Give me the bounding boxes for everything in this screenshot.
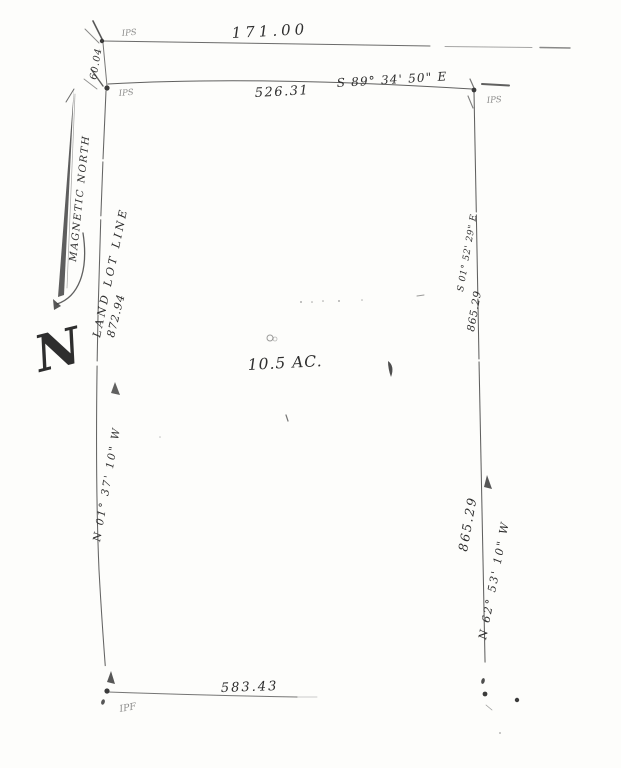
top-outer-distance-label: 171.00: [231, 20, 308, 42]
speck: [417, 295, 424, 296]
north-arrow-hook-arrowhead: [53, 299, 61, 310]
speck: [338, 300, 340, 302]
survey-plat-drawing: MAGNETIC NORTH N IPS IPS 60.04 171.00 5: [0, 0, 621, 768]
speck: [322, 300, 324, 302]
monument-label-ips: IPS: [486, 95, 503, 106]
tick-mark: [486, 705, 492, 710]
right-upper-bearing-label: S 01° 52' 29" E: [456, 213, 480, 292]
parcel-interior: 10.5 AC.: [159, 295, 424, 438]
north-symbol: N: [27, 315, 90, 384]
left-offset-distance-label: 60.04: [88, 47, 104, 81]
top-outer-boundary: 171.00: [103, 20, 570, 48]
direction-arrowhead: [111, 382, 120, 395]
tick-mark: [93, 21, 102, 39]
right-upper-distance-label: 865.29: [465, 290, 484, 333]
boundary-line: [103, 41, 430, 46]
right-boundary: S 01° 52' 29" E 865.29 865.29 N 62° 53' …: [455, 92, 512, 696]
top-inner-boundary: 526.31 S 89° 34' 50" E: [108, 69, 472, 101]
speck: [311, 301, 313, 303]
monument-label-ips: IPS: [120, 28, 137, 39]
bottom-boundary: 583.43: [108, 679, 317, 697]
direction-arrowhead: [107, 671, 115, 684]
scanned-survey-plat-page: MAGNETIC NORTH N IPS IPS 60.04 171.00 5: [0, 0, 621, 768]
boundary-line: [540, 48, 570, 49]
speck: [361, 299, 363, 301]
north-arrow-shaft: [58, 88, 74, 297]
speck: [300, 301, 302, 303]
magnetic-north-label: MAGNETIC NORTH: [68, 134, 92, 263]
speck: [159, 436, 161, 438]
monument-label-ips: IPS: [117, 88, 134, 99]
north-arrow: MAGNETIC NORTH N: [27, 88, 93, 384]
top-left-corner: IPS IPS 60.04: [84, 21, 137, 99]
boundary-line: [445, 47, 532, 48]
area-label: 10.5 AC.: [247, 352, 323, 374]
left-bearing-label: N 01° 37' 10" W: [91, 426, 123, 544]
right-lower-bearing-label: N 62° 53' 10" W: [476, 520, 512, 642]
top-inner-distance-label: 526.31: [254, 83, 309, 101]
speck: [499, 732, 501, 734]
boundary-line: [97, 91, 107, 689]
monument-point: [483, 692, 488, 697]
left-boundary: LAND LOT LINE 872.94 N 01° 37' 10" W: [90, 91, 131, 689]
direction-arrowhead: [484, 475, 492, 489]
tick-mark: [468, 96, 473, 108]
speck: [273, 337, 277, 341]
monument-point: [104, 688, 109, 693]
ink-blob: [100, 699, 105, 705]
tick-mark: [482, 84, 509, 86]
bottom-distance-label: 583.43: [221, 679, 279, 696]
ink-blob: [481, 678, 486, 685]
north-arrow-barb: [66, 89, 74, 102]
ink-blob: [388, 361, 392, 377]
speck: [286, 415, 288, 421]
tick-mark: [85, 29, 99, 43]
monument-point: [515, 698, 519, 702]
bottom-right-corner: [481, 678, 520, 734]
tick-mark: [470, 79, 474, 88]
monument-label-ipf: IPF: [118, 701, 138, 715]
right-lower-distance-label: 865.29: [455, 495, 479, 553]
speck: [267, 335, 273, 341]
